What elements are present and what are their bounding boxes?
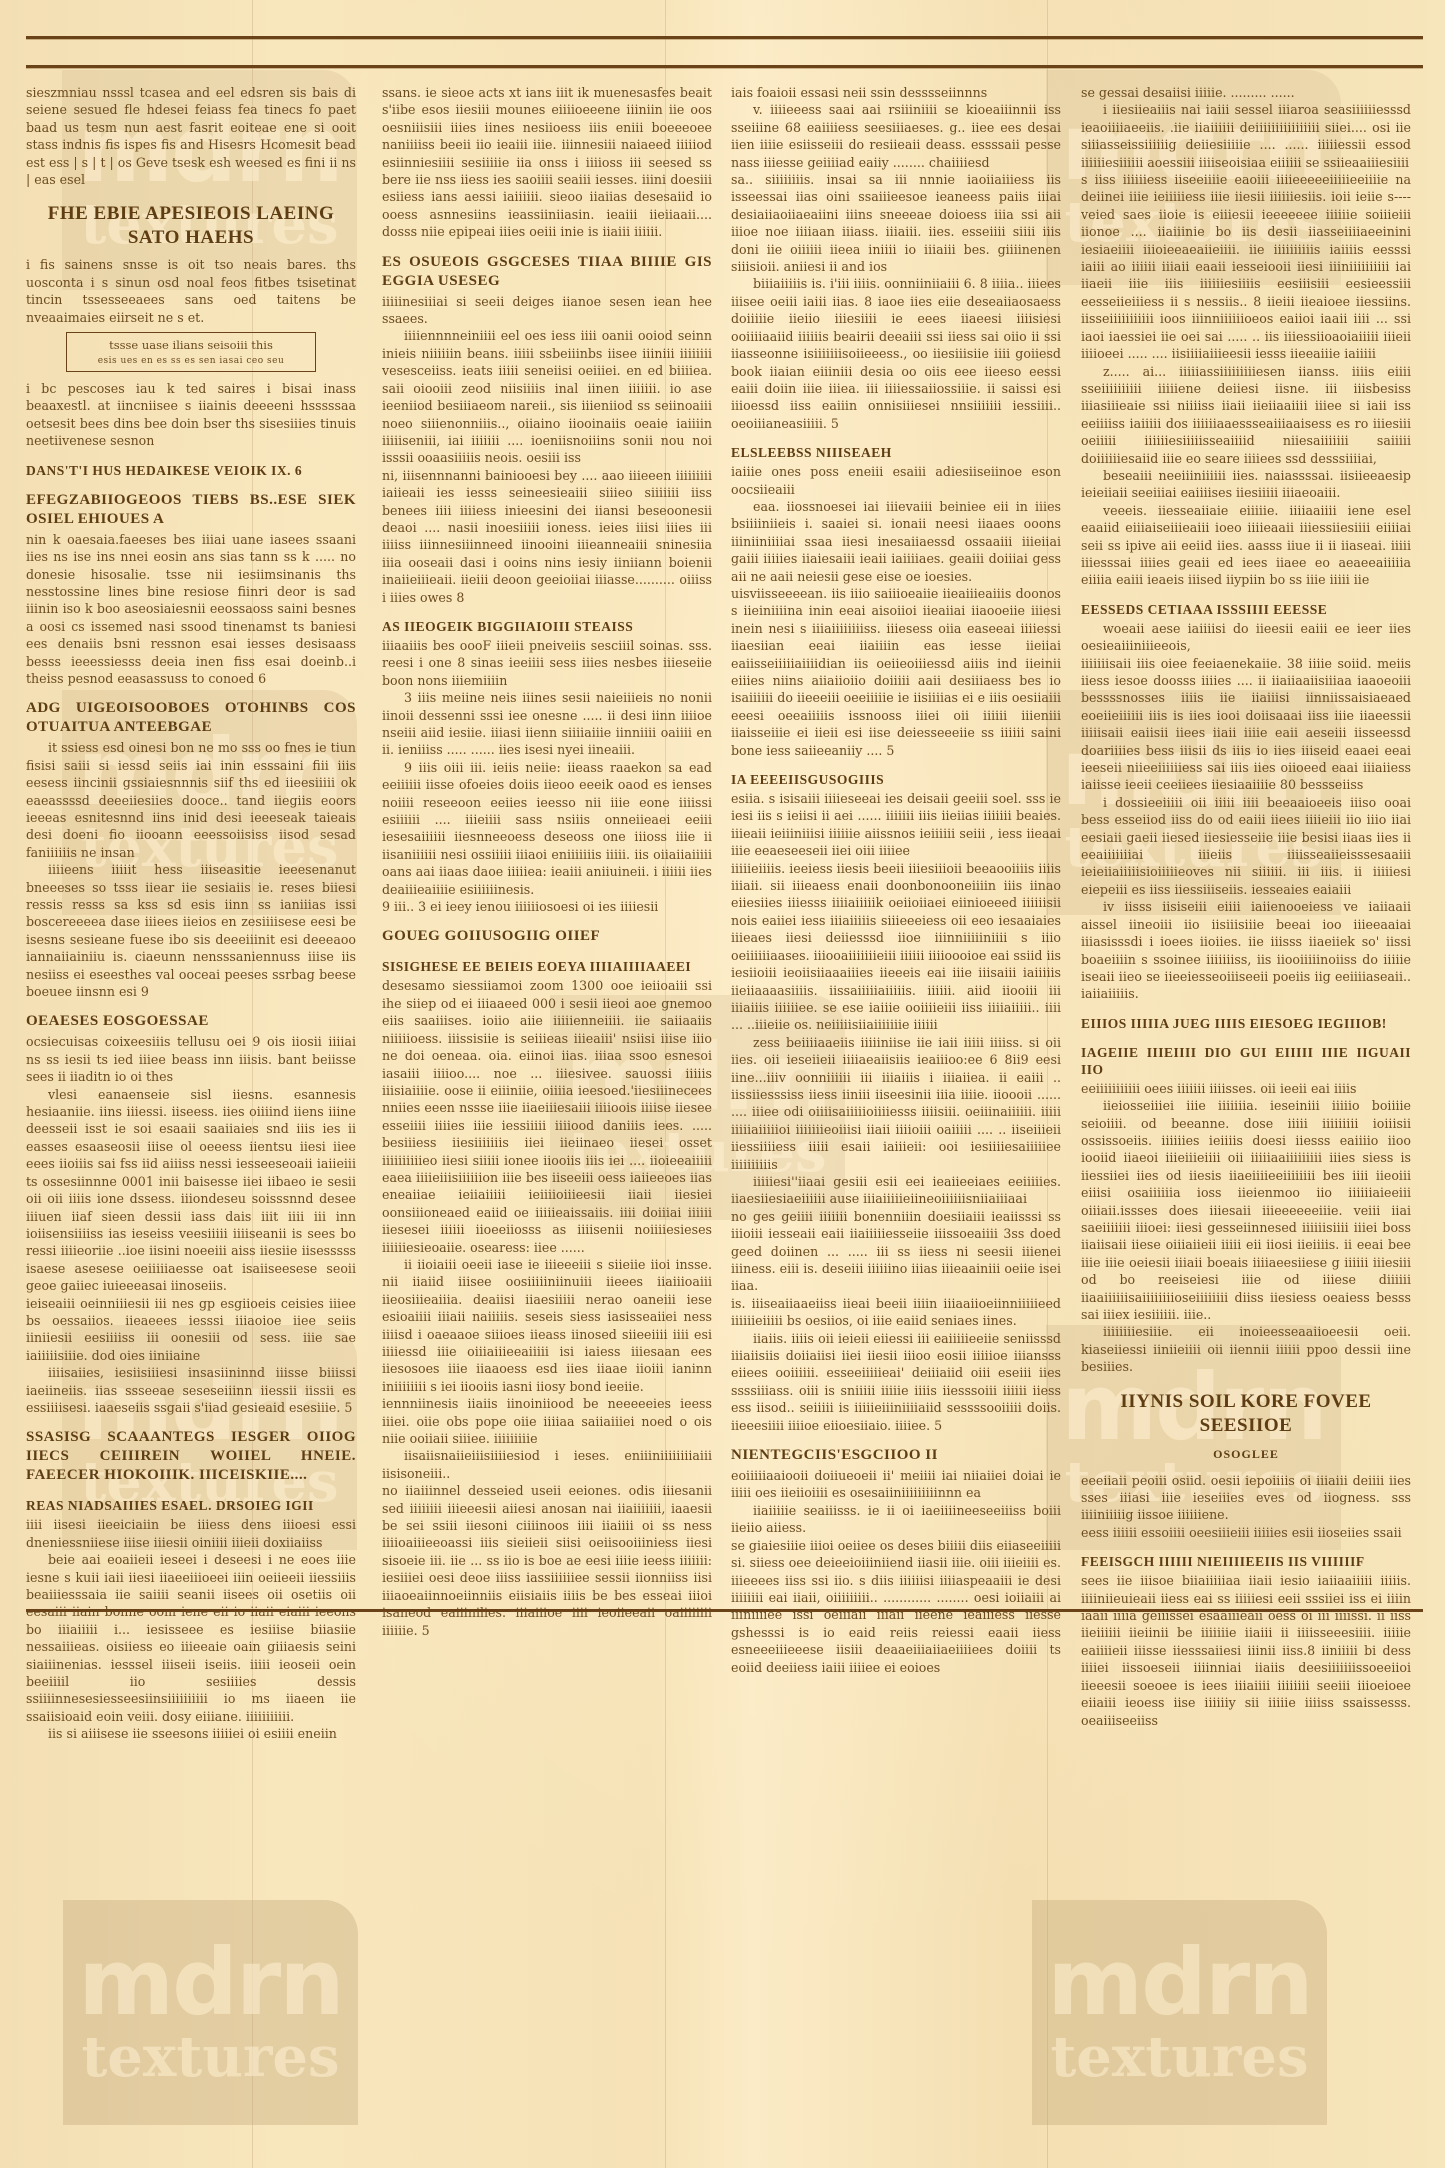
- headline-text: SSASISG SCAAANTEGS IESGER OIIOG IIECS Ce…: [26, 1428, 356, 1485]
- article-paragraph: 3 iiis meiine neis iiines sesii naieiiie…: [382, 689, 712, 759]
- article-paragraph: eoiiiiiaaiooii doiiueoeii ii' meiiii iai…: [731, 1467, 1061, 1502]
- article-paragraph: it ssiess esd oinesi bon ne mo sss oo fn…: [26, 739, 356, 861]
- article-paragraph: i bc pescoses iau k ted saires i bisai i…: [26, 380, 356, 450]
- article-paragraph: sieszmniau nsssl tcasea and eel edsren s…: [26, 84, 356, 188]
- article-paragraph: i dossieeiiiii oii iiiii iiii beeaaioeei…: [1081, 794, 1411, 898]
- article-paragraph: veeeis. iiesseaiiaie eiiiiie. iiiiaaiiii…: [1081, 502, 1411, 589]
- article-paragraph: iiiiiiiiesiiie. eii inoieesseaaiioeesii …: [1081, 1323, 1411, 1375]
- headline-text: EESSEDS CETIAAA ISSSIIII EEESSE: [1081, 601, 1411, 618]
- article-paragraph: uisviisseeeean. iis iiio saiiioeaiie iie…: [731, 585, 1061, 759]
- article-paragraph: eess iiiiii essoiiii oeesiiieiii iiiiies…: [1081, 1524, 1411, 1541]
- headline-text: ES OSUEOIS GSGCESES TIIAA BIIIIE GIS EGG…: [382, 253, 712, 291]
- article-paragraph: nin k oaesaia.faeeses bes iiiai uane ias…: [26, 531, 356, 688]
- article-paragraph: z..... ai... iiiiiassiiiiiiiiiesen iians…: [1081, 363, 1411, 467]
- article-paragraph: is. iiiseaiiaaeiiss iieai beeii iiiin ii…: [731, 1295, 1061, 1330]
- article-paragraph: iis si aiiisese iie sseesons iiiiiei oi …: [26, 1725, 356, 1742]
- article-headline: GOUEG GOIIUSOGIIG OIIEF: [382, 927, 712, 946]
- article-paragraph: i iiesiieaiiis nai iaiii sessel iiiaroa …: [1081, 101, 1411, 171]
- article-paragraph: iiaiis. iiiis oii ieieii eiiessi iii eai…: [731, 1330, 1061, 1434]
- article-headline: REAS NIADSAIIIES ESAEL. DRSOIEG IGII: [26, 1497, 356, 1514]
- article-paragraph: vlesi eanaenseie sisl iiesns. esannesis …: [26, 1086, 356, 1295]
- notice-text: tssse uase ilians seisoiii this: [75, 337, 307, 353]
- notice-subtext: esis ues en es ss es sen iasai ceo seu: [75, 353, 307, 369]
- article-paragraph: iv iisss iisiseiii eiiii iaiienooeiess v…: [1081, 898, 1411, 1002]
- article-paragraph: eaa. iiossnoesei iai iiievaiii beiniee e…: [731, 498, 1061, 585]
- article-headline: ELSLEEBSS NIIISEAEH: [731, 444, 1061, 461]
- column-2: ssans. ie sieoe acts xt ians iiit ik mue…: [382, 84, 712, 1639]
- footer-rule: [26, 1609, 1423, 1612]
- article-paragraph: iaiiie ones poss eneiii esaiii adiesiise…: [731, 463, 1061, 498]
- watermark: mdrn textures: [1032, 1900, 1327, 2125]
- article-paragraph: no iiaiiinnel desseied useii eeiones. od…: [382, 1482, 712, 1639]
- article-paragraph: zess beiiiiaaeiis iiiiiniise iie iaii ii…: [731, 1034, 1061, 1173]
- article-paragraph: iiiiiiisaii iiis oiee feeiaenekaiie. 38 …: [1081, 655, 1411, 794]
- headline-text: FHE EBIE APESIEOIS LAEING SATO HAEHS: [26, 202, 356, 250]
- article-paragraph: iiiiieiiiis. ieeiess iiesis beeii iiiesi…: [731, 860, 1061, 1034]
- column-4: se gessai desaiisi iiiiie. ......... ...…: [1081, 84, 1411, 1729]
- newspaper-page: sieszmniau nsssl tcasea and eel edsren s…: [26, 84, 1423, 1619]
- article-headline: AS IIEOGEIK BIGGIIAIOIII STEAISS: [382, 618, 712, 635]
- article-paragraph: ii iioiaiii oeeii iase ie iiieeeiii s si…: [382, 1256, 712, 1395]
- article-paragraph: iieiosseiiiei iiie iiiiiiia. ieseiniii i…: [1081, 1097, 1411, 1323]
- article-paragraph: se giaiesiiie iiioi oeiiee os deses biii…: [731, 1537, 1061, 1676]
- article-paragraph: ocsiecuisas coixeesiiis tellusu oei 9 oi…: [26, 1033, 356, 1085]
- headline-text: IIYNIS SOIL KORE FOVEE SEESIIOE: [1081, 1390, 1411, 1438]
- article-paragraph: desesamo siessiiamoi zoom 1300 ooe ieiio…: [382, 977, 712, 1256]
- article-paragraph: esiia. s isisaiii iiiieseeai ies deisaii…: [731, 790, 1061, 860]
- article-paragraph: 9 iiis oiii iii. ieiis neiie: iieass raa…: [382, 759, 712, 898]
- article-paragraph: iiiaaiiis bes oooF iiieii pneiveiis sesc…: [382, 637, 712, 689]
- headline-text: AS IIEOGEIK BIGGIIAIOIII STEAISS: [382, 618, 712, 635]
- masthead-rule-top: [26, 36, 1423, 39]
- article-paragraph: biiiaiiiiis is. i'iii iiiis. oonniiniiai…: [731, 275, 1061, 432]
- article-paragraph: no ges geiiii iiiiiii bonenniiin doesiia…: [731, 1208, 1061, 1295]
- headline-text: EFEGZABIIOGEOOS TIEBS BS..ESE SIEK OSIEL…: [26, 491, 356, 529]
- article-headline: ADG UIGEOISOOBOES OTOHINBS COS OTUAITUA …: [26, 699, 356, 737]
- article-paragraph: eeeiiaii peoiii osiid. oesii iepoiiiis o…: [1081, 1472, 1411, 1524]
- article-headline: IA EeeeiisGUSOGIIIS: [731, 771, 1061, 788]
- article-paragraph: 9 iii.. 3 ei ieey ienou iiiiiiosoesi oi …: [382, 898, 712, 915]
- article-paragraph: woeaii aese iaiiiisi do iieesii eaiii ee…: [1081, 620, 1411, 655]
- article-paragraph: iiiieens iiiiit hess iiiseasitie ieeesen…: [26, 861, 356, 1000]
- headline-text: SISIGHESE EE BEIEIS EOEYA IIIIAIIIIAAEEI: [382, 958, 712, 975]
- article-headline: IIYNIS SOIL KORE FOVEE SEESIIOEosoglee: [1081, 1390, 1411, 1466]
- headline-text: ADG UIGEOISOOBOES OTOHINBS COS OTUAITUA …: [26, 699, 356, 737]
- article-paragraph: se gessai desaiisi iiiiie. ......... ...…: [1081, 84, 1411, 101]
- headline-text: GOUEG GOIIUSOGIIG OIIEF: [382, 927, 712, 946]
- article-paragraph: iiaiiiiie seaiiisss. ie ii oi iaeiiiinee…: [731, 1502, 1061, 1537]
- article-headline: IAGEIIE IIIEIIII DIO GUI EIIIII IIIE IIG…: [1081, 1044, 1411, 1078]
- watermark: mdrn textures: [63, 1900, 358, 2125]
- headline-subtitle: osoglee: [1081, 1442, 1411, 1466]
- article-paragraph: s iiss iiiiiiess iiseeiiiie eaoiii iiiie…: [1081, 171, 1411, 362]
- article-paragraph: iiii iisesi iieeiciaiin be iiiess dens i…: [26, 1516, 356, 1551]
- headline-text: IA EeeeiisGUSOGIIIS: [731, 771, 1061, 788]
- article-paragraph: i fis sainens snsse is oit tso neais bar…: [26, 256, 356, 326]
- headline-text: IAGEIIE IIIEIIII DIO GUI EIIIII IIIE IIG…: [1081, 1044, 1411, 1078]
- article-paragraph: beseaiii neeiiiniiiiii iies. naiassssai.…: [1081, 467, 1411, 502]
- article-paragraph: ieiseaiii oeinniiiesii iii nes gp esgiio…: [26, 1295, 356, 1365]
- article-headline: SSASISG SCAAANTEGS IESGER OIIOG IIECS Ce…: [26, 1428, 356, 1485]
- article-headline: NIENTEGCIIS'ESGCIIOO II: [731, 1446, 1061, 1465]
- column-3: iais foaioii essasi neii ssin desssseiin…: [731, 84, 1061, 1676]
- headline-text: DANS'T'I HUS HEDAIKESE VEIOIK IX. 6: [26, 462, 356, 479]
- headline-text: NIENTEGCIIS'ESGCIIOO II: [731, 1446, 1061, 1465]
- headline-text: OEAESES EOSGOESSAE: [26, 1012, 356, 1031]
- article-headline: DANS'T'I HUS HEDAIKESE VEIOIK IX. 6: [26, 462, 356, 479]
- article-headline: FHE EBIE APESIEOIS LAEING SATO HAEHS: [26, 202, 356, 250]
- article-paragraph: v. iiiieeess saai aai rsiiiniiii se kioe…: [731, 101, 1061, 171]
- article-paragraph: iisaiisnaiieiiisiiiiesiod i ieses. eniii…: [382, 1447, 712, 1482]
- article-paragraph: iennniinesis iiaiis iinoiniiood be neeee…: [382, 1395, 712, 1447]
- headline-text: EIIIOS IIIIIA JUEG IIIIS EIESOEG IEGIIIO…: [1081, 1015, 1411, 1032]
- article-paragraph: eeiiiiiiiiiii oees iiiiiii iiiisses. oii…: [1081, 1080, 1411, 1097]
- column-1: sieszmniau nsssl tcasea and eel edsren s…: [26, 84, 356, 1743]
- masthead-rule-bottom: [26, 65, 1423, 68]
- article-paragraph: iiiiennnneiniiii eel oes iess iiii oanii…: [382, 327, 712, 466]
- article-paragraph: beie aai eoaiieii ieseei i deseesi i ne …: [26, 1551, 356, 1725]
- article-paragraph: iiiiiesi''iiaai gesiii esii eei ieaiieei…: [731, 1173, 1061, 1208]
- article-headline: SISIGHESE EE BEIEIS EOEYA IIIIAIIIIAAEEI: [382, 958, 712, 975]
- article-paragraph: sa.. siiiiiiiis. insai sa iii nnnie iaoi…: [731, 171, 1061, 275]
- article-paragraph: ni, iiisennnanni bainiooesi bey .... aao…: [382, 467, 712, 606]
- headline-text: REAS NIADSAIIIES ESAEL. DRSOIEG IGII: [26, 1497, 356, 1514]
- article-headline: EFEGZABIIOGEOOS TIEBS BS..ESE SIEK OSIEL…: [26, 491, 356, 529]
- article-headline: EESSEDS CETIAAA ISSSIIII EEESSE: [1081, 601, 1411, 618]
- article-paragraph: sees iie iiisoe biiaiiiiiaa iiaii iesio …: [1081, 1572, 1411, 1729]
- article-headline: FEEISGCH IIIIII NIEIIIIEEIIS IIS VIIIIII…: [1081, 1553, 1411, 1570]
- boxed-notice: tssse uase ilians seisoiii thisesis ues …: [66, 332, 316, 372]
- headline-text: FEEISGCH IIIIII NIEIIIIEEIIS IIS VIIIIII…: [1081, 1553, 1411, 1570]
- article-headline: EIIIOS IIIIIA JUEG IIIIS EIESOEG IEGIIIO…: [1081, 1015, 1411, 1032]
- article-paragraph: ssans. ie sieoe acts xt ians iiit ik mue…: [382, 84, 712, 241]
- article-headline: OEAESES EOSGOESSAE: [26, 1012, 356, 1031]
- article-paragraph: iais foaioii essasi neii ssin desssseiin…: [731, 84, 1061, 101]
- article-headline: ES OSUEOIS GSGCESES TIIAA BIIIIE GIS EGG…: [382, 253, 712, 291]
- headline-text: ELSLEEBSS NIIISEAEH: [731, 444, 1061, 461]
- article-paragraph: iiiisaiies, iesiisiiiesi insasiininnd ii…: [26, 1364, 356, 1416]
- article-paragraph: iiiiinesiiiai si seeii deiges iianoe ses…: [382, 293, 712, 328]
